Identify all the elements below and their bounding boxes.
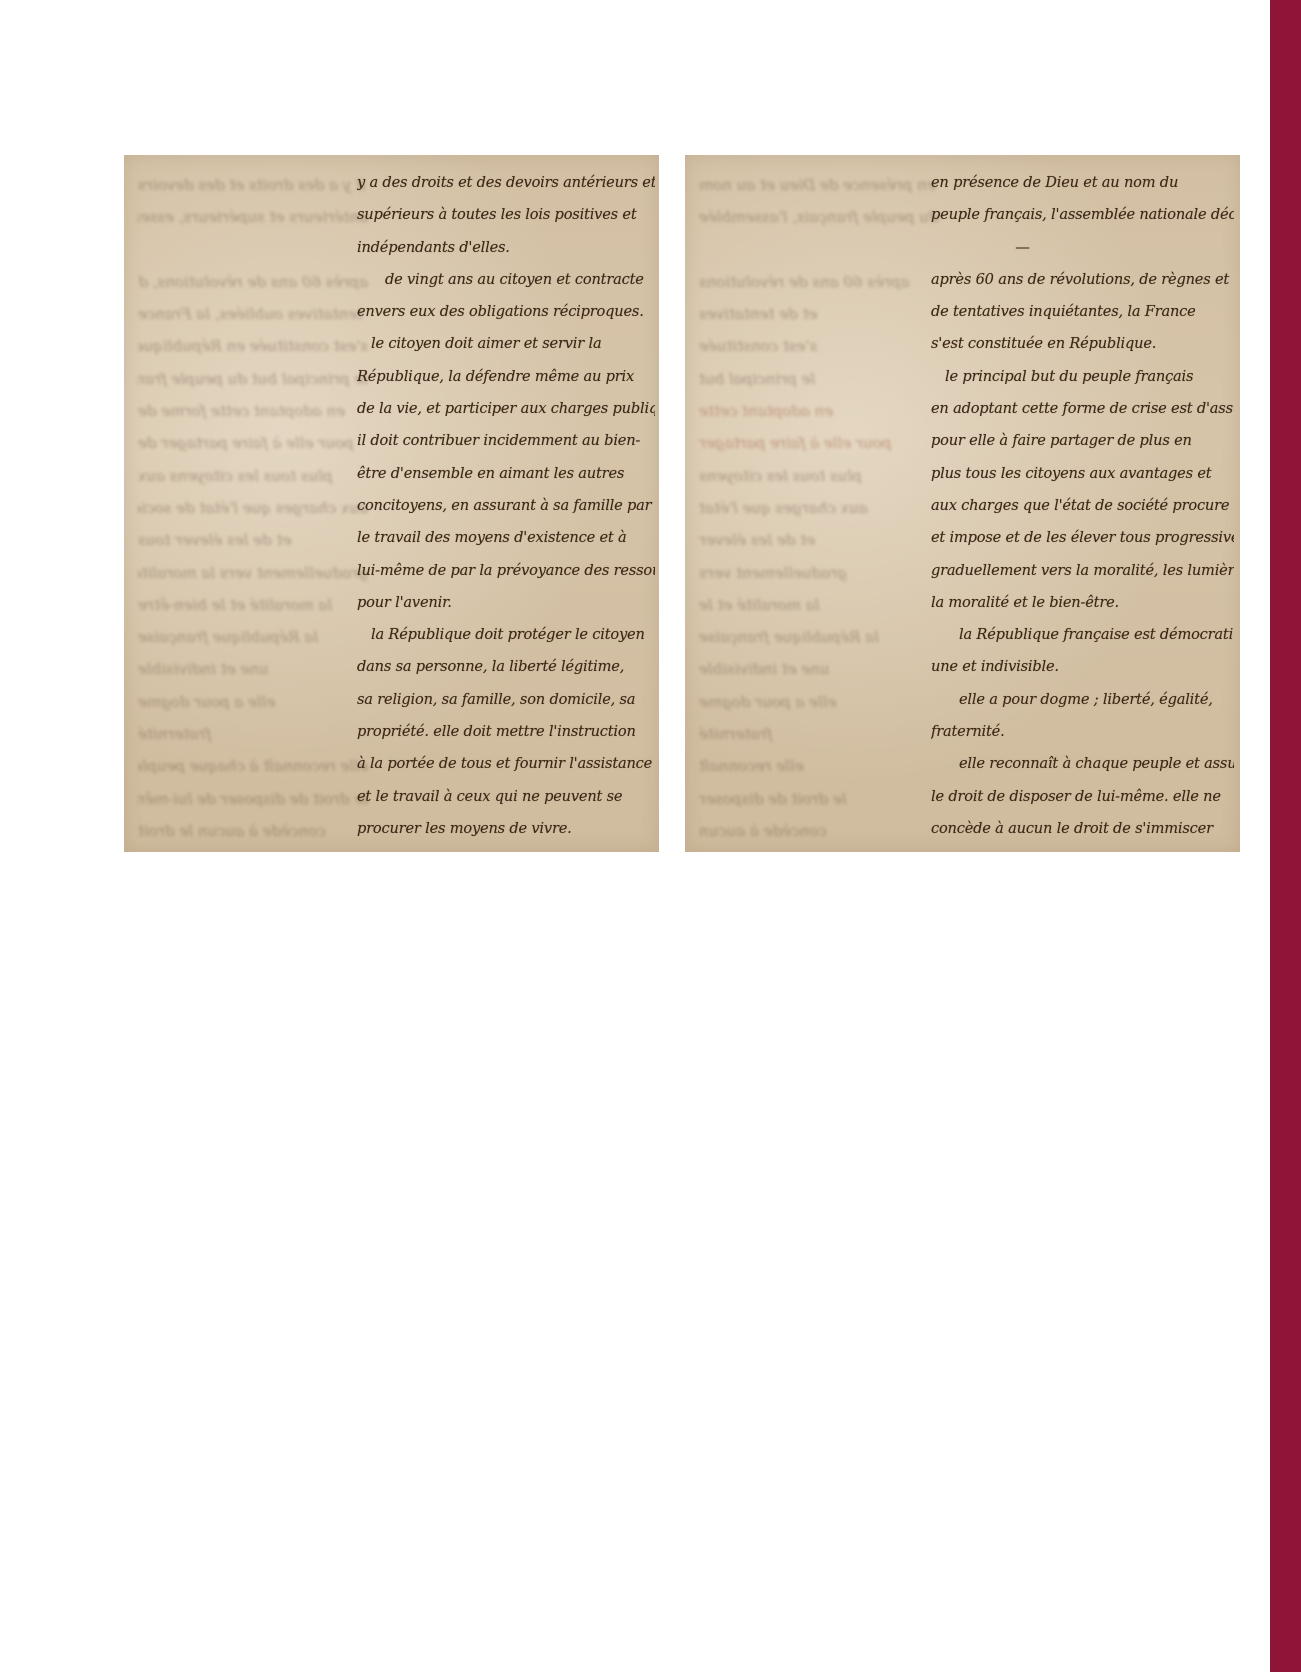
bleed-line: la moralité et le bien-être xyxy=(138,589,368,621)
manuscript-line: et le travail à ceux qui ne peuvent se xyxy=(357,781,655,813)
manuscript-line: la République doit protéger le citoyen xyxy=(357,619,655,651)
bleed-line: plus tous les citoyens aux xyxy=(138,460,368,492)
manuscript-line: à la portée de tous et fournir l'assista… xyxy=(357,748,655,780)
bleed-line: une et indivisible xyxy=(699,653,939,685)
manuscript-line: supérieurs à toutes les lois positives e… xyxy=(357,199,655,231)
bleed-line: et de les élever xyxy=(699,524,939,556)
manuscript-line: graduellement vers la moralité, les lumi… xyxy=(931,555,1234,587)
manuscript-line: pour l'avenir. xyxy=(357,587,655,619)
bleed-line: la moralité et le xyxy=(699,589,939,621)
manuscript-line: il doit contribuer incidemment au bien- xyxy=(357,425,655,457)
bleed-line: la République française xyxy=(138,621,368,653)
bleed-line: elle a pour dogme xyxy=(138,686,368,718)
bleed-line: il y a des droits et des devoirs xyxy=(138,169,368,201)
bleed-line xyxy=(699,234,939,266)
manuscript-line: la République française est démocratique xyxy=(931,619,1234,651)
bleed-line: le principal but xyxy=(699,363,939,395)
bleed-line: dans ses affaires xyxy=(699,847,939,852)
bleed-line: tentatives oubliées, la France xyxy=(138,298,368,330)
manuscript-line: et impose et de les élever tous progress… xyxy=(931,522,1234,554)
manuscript-line: plus tous les citoyens aux avantages et xyxy=(931,458,1234,490)
bleed-line: le droit de disposer xyxy=(699,783,939,815)
bleed-line: dans ses affaires xyxy=(138,847,368,852)
manuscript-line: pour elle à faire partager de plus en xyxy=(931,425,1234,457)
handwritten-text: en présence de Dieu et au nom dupeuple f… xyxy=(931,167,1234,852)
manuscript-line: dans sa personne, la liberté légitime, xyxy=(357,651,655,683)
manuscript-line: aux charges que l'état de société procur… xyxy=(931,490,1234,522)
bleed-line: concède à aucun le droit xyxy=(138,815,368,847)
bleed-line: en adoptant cette xyxy=(699,395,939,427)
manuscript-page-left: il y a des droits et des devoirsantérieu… xyxy=(124,155,659,852)
manuscript-line: être d'ensemble en aimant les autres xyxy=(357,458,655,490)
bleed-line: elle reconnaît xyxy=(699,750,939,782)
bleed-line: graduellement vers la moralité xyxy=(138,557,368,589)
bleed-through-text: il y a des droits et des devoirsantérieu… xyxy=(124,169,368,852)
bleed-line: fraternité xyxy=(699,718,939,750)
manuscript-line: peuple français, l'assemblée nationale d… xyxy=(931,199,1234,231)
bleed-line: une et indivisible xyxy=(138,653,368,685)
manuscript-line: dans ses affaires. xyxy=(931,845,1234,852)
bleed-line: après 60 ans de révolutions, de xyxy=(138,266,368,298)
bleed-line: aux charges que l'état xyxy=(699,492,939,524)
manuscript-line: y a des droits et des devoirs antérieurs… xyxy=(357,167,655,199)
bleed-line: en adoptant cette forme de xyxy=(138,395,368,427)
manuscript-line: procurer les moyens de vivre. xyxy=(357,813,655,845)
bleed-line: fraternité xyxy=(138,718,368,750)
bleed-line: s'est constituée en République xyxy=(138,330,368,362)
manuscript-line: lui-même de par la prévoyance des ressou… xyxy=(357,555,655,587)
manuscript-line: — xyxy=(931,232,1234,264)
manuscript-line: le principal but du peuple français xyxy=(931,361,1234,393)
manuscript-line: sa religion, sa famille, son domicile, s… xyxy=(357,684,655,716)
bleed-line: et de tentatives xyxy=(699,298,939,330)
manuscript-page-right: en présence de Dieu et au nomdu peuple f… xyxy=(685,155,1240,852)
manuscript-line: de tentatives inquiétantes, la France xyxy=(931,296,1234,328)
manuscript-line: la moralité et le bien-être. xyxy=(931,587,1234,619)
bleed-line: plus tous les citoyens xyxy=(699,460,939,492)
manuscript-line: indépendants d'elles. xyxy=(357,232,655,264)
bleed-through-text: en présence de Dieu et au nomdu peuple f… xyxy=(685,169,939,852)
manuscript-line: fraternité. xyxy=(931,716,1234,748)
bleed-line: et de les élever tous xyxy=(138,524,368,556)
manuscript-line: le droit de disposer de lui-même. elle n… xyxy=(931,781,1234,813)
bleed-line: du peuple français, l'assemblée xyxy=(699,201,939,233)
bleed-line: aux charges que l'état de société xyxy=(138,492,368,524)
bleed-line: concède à aucun xyxy=(699,815,939,847)
bleed-line: après 60 ans de révolutions xyxy=(699,266,939,298)
manuscript-line: une et indivisible. xyxy=(931,651,1234,683)
manuscript-line: en présence de Dieu et au nom du xyxy=(931,167,1234,199)
bleed-line: en présence de Dieu et au nom xyxy=(699,169,939,201)
bleed-line xyxy=(138,234,368,266)
manuscript-line: le travail des moyens d'existence et à xyxy=(357,522,655,554)
manuscript-line: République, la défendre même au prix xyxy=(357,361,655,393)
bleed-line: le droit de disposer de lui-même xyxy=(138,783,368,815)
handwritten-text: y a des droits et des devoirs antérieurs… xyxy=(357,167,655,852)
manuscript-line: elle a pour dogme ; liberté, égalité, xyxy=(931,684,1234,716)
bleed-line: la République française xyxy=(699,621,939,653)
accent-side-bar xyxy=(1270,0,1301,1672)
bleed-line: elle a pour dogme xyxy=(699,686,939,718)
bleed-line: elle reconnaît à chaque peuple xyxy=(138,750,368,782)
manuscript-line: en adoptant cette forme de crise est d'a… xyxy=(931,393,1234,425)
manuscript-line: s'est constituée en République. xyxy=(931,328,1234,360)
bleed-line: pour elle à faire partager xyxy=(699,427,939,459)
bleed-line: le principal but du peuple français xyxy=(138,363,368,395)
manuscript-line: pour assurer l'accomplissement de tous xyxy=(357,845,655,852)
manuscript-line: propriété. elle doit mettre l'instructio… xyxy=(357,716,655,748)
manuscript-line: concitoyens, en assurant à sa famille pa… xyxy=(357,490,655,522)
manuscript-line: le citoyen doit aimer et servir la xyxy=(357,328,655,360)
bleed-line: s'est constituée xyxy=(699,330,939,362)
manuscript-line: de vingt ans au citoyen et contracte xyxy=(357,264,655,296)
manuscript-line: après 60 ans de révolutions, de règnes e… xyxy=(931,264,1234,296)
manuscript-line: de la vie, et participer aux charges pub… xyxy=(357,393,655,425)
manuscript-line: elle reconnaît à chaque peuple et assure xyxy=(931,748,1234,780)
bleed-line: graduellement vers xyxy=(699,557,939,589)
bleed-line: antérieurs et supérieurs, essentiels xyxy=(138,201,368,233)
manuscript-line: concède à aucun le droit de s'immiscer xyxy=(931,813,1234,845)
manuscript-line: envers eux des obligations réciproques. xyxy=(357,296,655,328)
bleed-line: pour elle à faire partager de xyxy=(138,427,368,459)
